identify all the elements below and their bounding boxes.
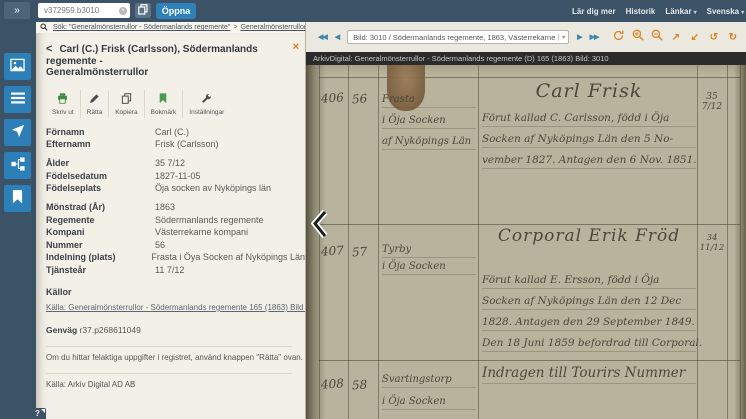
zoom-out-button[interactable] <box>650 31 663 44</box>
field-tjanstear: Tjänsteår11 7/12 <box>46 265 305 278</box>
record-actions-toolbar: Skriv ut Rätta Kopiera Bokmärk <box>46 90 305 118</box>
refresh-icon <box>613 30 624 45</box>
field-monstrad-ar: Mönstrad (År)1863 <box>46 202 305 215</box>
viewer-toolbar: ◀◀ ◀ Bild: 3010 / Södermanlands regement… <box>306 22 746 52</box>
entry-place-line: i Öja Socken <box>382 115 476 129</box>
refresh-button[interactable] <box>612 31 625 44</box>
previous-image-button[interactable]: ◀ <box>335 33 339 41</box>
divider <box>46 373 292 374</box>
entry-place-line: Frasta <box>382 94 476 108</box>
sitemap-icon <box>11 157 25 174</box>
credit-text: Källa: Arkiv Digital AD AB <box>46 380 305 389</box>
entry-number: 407 <box>321 243 345 259</box>
close-record-icon[interactable]: × <box>293 42 299 52</box>
sidebar-item-images[interactable] <box>4 53 31 80</box>
entry-text-line: Socken af Nyköpings Län den 5 No- <box>482 133 696 148</box>
menu-icon <box>11 92 25 107</box>
collapse-panel-icon[interactable]: < <box>46 43 52 55</box>
record-fields: FörnamnCarl (C.) EfternamnFrisk (Carlsso… <box>46 127 305 278</box>
help-button[interactable]: ? <box>29 408 46 419</box>
ledger-column-line <box>348 65 349 419</box>
bookmark-icon <box>12 190 23 207</box>
menu-lankar[interactable]: Länkar▾ <box>665 7 696 16</box>
pages-icon <box>138 3 148 18</box>
ledger-column-line <box>478 65 479 419</box>
print-button[interactable]: Skriv ut <box>46 90 81 118</box>
image-caption-bar: ArkivDigital: Generalmönsterrullor - Söd… <box>306 52 746 65</box>
scanned-document-image[interactable]: 406 56 Frasta i Öja Socken af Nyköpings … <box>306 65 746 419</box>
field-alder: Ålder35 7/12 <box>46 158 305 171</box>
source-link[interactable]: Källa: Generalmönsterrullor - Södermanla… <box>46 303 305 312</box>
wrench-icon <box>201 92 212 107</box>
entry-place-line: i Öja Socken <box>382 261 476 275</box>
menu-historik[interactable]: Historik <box>626 7 656 16</box>
entry-text-line: Förut kallad E. Ersson, född i Öja <box>482 274 696 289</box>
expand-sidebar-button[interactable]: » <box>4 2 30 19</box>
viewer-tools: ↗ ↙ ↺ ↻ × <box>612 31 746 44</box>
image-select-dropdown[interactable]: Bild: 3010 / Södermanlands regemente, 18… <box>347 30 569 44</box>
top-bar: » × Öppna Lär dig mer Historik Länkar▾ S… <box>0 0 746 22</box>
field-indelning-plats: Indelning (plats)Frasta i Öya Socken af … <box>46 252 305 265</box>
pencil-icon <box>89 92 100 107</box>
top-menu: Lär dig mer Historik Länkar▾ Svenska▾ Hj… <box>572 0 746 22</box>
divider <box>46 346 292 347</box>
soldier-number: 57 <box>352 244 368 259</box>
soldier-number: 58 <box>352 377 368 392</box>
previous-image-overlay-button[interactable] <box>311 210 329 243</box>
entry-text-line: vember 1827. Antagen den 6 Nov. 1851. <box>482 154 696 169</box>
reference-search-field: × <box>38 3 130 18</box>
entry-text-line: Förut kallad C. Carlsson, född i Öja <box>482 112 696 127</box>
open-new-window-button[interactable] <box>135 3 151 18</box>
zoom-in-icon <box>632 29 644 45</box>
correct-button[interactable]: Rätta <box>81 90 110 118</box>
zoom-out-icon <box>651 29 663 45</box>
shortcut-label: Genväg <box>46 325 77 335</box>
zoom-in-button[interactable] <box>631 31 644 44</box>
chevron-left-icon <box>311 210 329 238</box>
chevron-down-icon: ▾ <box>741 10 744 16</box>
bookmark-button[interactable]: Bokmärk <box>145 90 184 118</box>
entry-number: 408 <box>321 376 345 392</box>
entry-place-line: i Öja Socken <box>382 396 476 410</box>
breadcrumb-search-link[interactable]: Sök: "Generalmönsterrullor - Södermanlan… <box>53 24 230 31</box>
shrink-button[interactable]: ↙ <box>688 31 701 44</box>
sidebar-item-structure[interactable] <box>4 152 31 179</box>
entry-heading: Corporal Erik Fröd <box>482 226 696 246</box>
field-regemente: RegementeSödermanlands regemente <box>46 215 305 228</box>
correction-note: Om du hittar felaktiga uppgifter i regis… <box>46 353 305 362</box>
entry-text-line: Indragen till Tourirs Nummer <box>482 365 696 384</box>
field-efternamn: EfternamnFrisk (Carlsson) <box>46 139 305 152</box>
ledger-row-line <box>319 224 740 225</box>
soldier-number: 56 <box>352 91 368 106</box>
entry-text-line: Socken af Nyköpings Län den 12 Dec <box>482 295 696 310</box>
shortcut-value: r37.p268611049 <box>80 325 141 335</box>
search-input[interactable] <box>38 3 120 18</box>
sidebar-item-bookmarks[interactable] <box>4 185 31 212</box>
ledger-column-line <box>378 65 379 419</box>
breadcrumb-separator: > <box>233 24 237 31</box>
next-image-button[interactable]: ▶ <box>577 33 581 41</box>
settings-button[interactable]: Inställningar <box>183 90 230 118</box>
field-kompani: KompaniVästerrekarne kompani <box>46 227 305 240</box>
ledger-row-line <box>319 360 740 361</box>
bookmark-icon <box>158 92 168 107</box>
field-fodelseplats: FödelseplatsÖja socken av Nyköpings län <box>46 183 305 196</box>
printer-icon <box>57 92 68 107</box>
copy-button[interactable]: Kopiera <box>109 90 144 118</box>
ledger-row-line <box>319 77 740 78</box>
search-icon <box>40 23 48 33</box>
entry-place-line: Tyrby <box>382 244 476 258</box>
first-image-button[interactable]: ◀◀ <box>318 33 327 41</box>
ledger-column-line <box>740 65 741 419</box>
chevron-down-icon: ▾ <box>558 34 565 41</box>
open-button[interactable]: Öppna <box>156 3 196 19</box>
entry-place-line: Svartingstorp <box>382 374 476 388</box>
record-title: <Carl (C.) Frisk (Carlsson), Södermanlan… <box>46 44 264 79</box>
field-nummer: Nummer56 <box>46 240 305 253</box>
copy-icon <box>121 92 132 107</box>
field-fornamn: FörnamnCarl (C.) <box>46 127 305 140</box>
field-fodelsedatum: Födelsedatum1827-11-05 <box>46 171 305 184</box>
sidebar-item-navigate[interactable] <box>4 119 31 146</box>
entry-number: 406 <box>321 90 345 106</box>
arkivdigital-app: » × Öppna Lär dig mer Historik Länkar▾ S… <box>0 0 746 419</box>
image-viewer: ◀◀ ◀ Bild: 3010 / Södermanlands regement… <box>305 22 746 419</box>
entry-text-line: 1828. Antagen den 29 September 1849. <box>482 316 696 331</box>
navigation-arrow-icon <box>11 124 25 141</box>
chevron-down-icon: ▾ <box>694 10 697 16</box>
last-image-button[interactable]: ▶▶ <box>590 33 599 41</box>
entry-age: 35 7/12 <box>695 92 729 112</box>
left-sidebar <box>0 22 36 419</box>
enlarge-button[interactable]: ↗ <box>669 31 682 44</box>
sidebar-item-menu[interactable] <box>4 86 31 113</box>
rotate-ccw-button[interactable]: ↺ <box>707 31 720 44</box>
rotate-cw-button[interactable]: ↻ <box>726 31 739 44</box>
sources-header: Källor <box>46 287 305 297</box>
entry-text-line: Den 18 Juni 1859 befordrad till Corporal… <box>482 337 696 352</box>
menu-lar-dig-mer[interactable]: Lär dig mer <box>572 7 616 16</box>
record-detail-panel: × <Carl (C.) Frisk (Carlsson), Södermanl… <box>36 33 305 419</box>
menu-svenska[interactable]: Svenska▾ <box>707 7 744 16</box>
image-icon <box>10 58 25 75</box>
shortcut-row: Genväg r37.p268611049 <box>46 325 305 335</box>
entry-age: 34 11/12 <box>695 233 729 253</box>
clear-search-icon[interactable]: × <box>119 7 127 15</box>
entry-heading: Carl Frisk <box>482 80 696 102</box>
entry-place-line: af Nyköpings Län <box>382 136 476 150</box>
